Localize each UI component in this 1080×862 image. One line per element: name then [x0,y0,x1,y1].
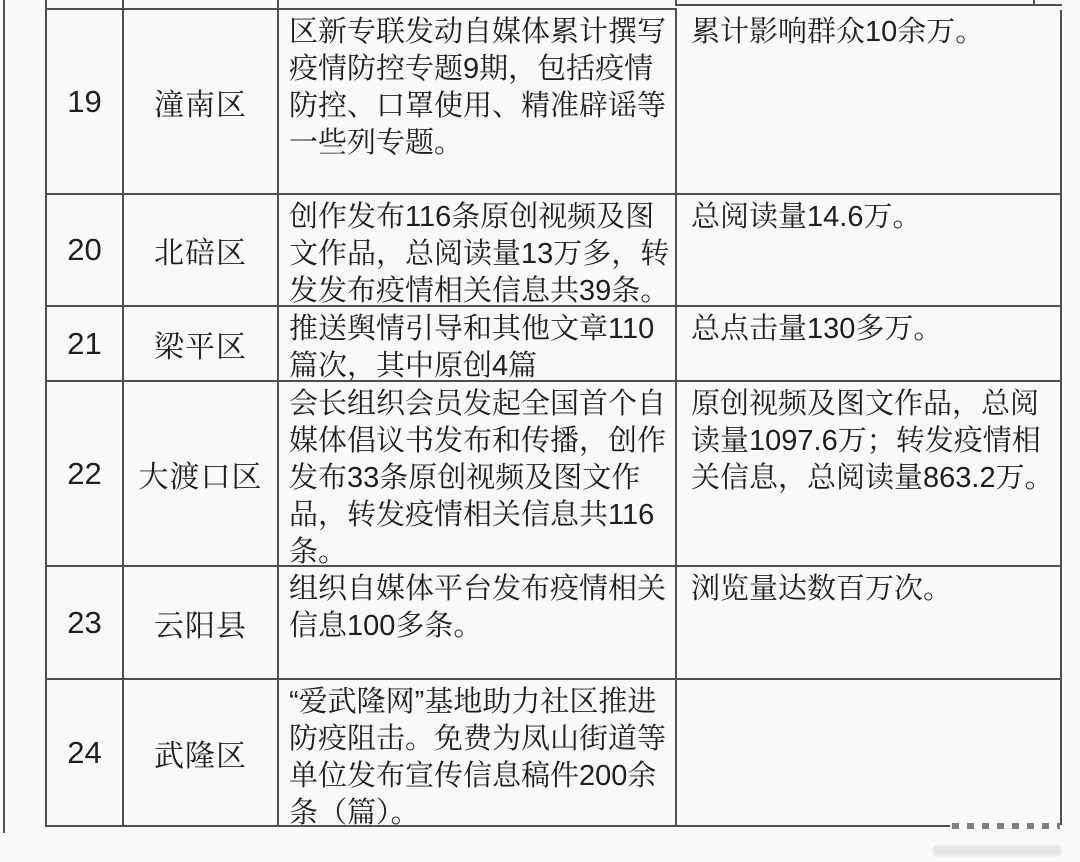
work-description-cell: 会长组织会员发起全国首个自 媒体倡议书发布和传播，创作 发布33条原创视频及图文… [279,382,677,567]
district-cell: 梁平区 [124,307,279,382]
row-number-cell: 24 [47,680,124,827]
work-description-cell: 区新专联发动自媒体累计撰写 疫情防控专题9期，包括疫情 防控、口罩使用、精准辟谣… [279,10,677,195]
result-cell: 总阅读量14.6万。 [677,195,1062,307]
row-number-cell: 23 [47,567,124,680]
row-number-cell: 22 [47,382,124,567]
result-cell: 原创视频及图文作品，总阅 读量1097.6万；转发疫情相 关信息，总阅读量863… [677,382,1062,567]
table-top-border [675,4,1062,6]
dashed-border-artifact [952,823,1060,829]
table-outer-left-border [3,0,5,833]
work-description-cell: “爱武隆网”基地助力社区推进 防疫阻击。免费为凤山街道等 单位发布宣传信息稿件2… [279,680,677,827]
district-cell: 北碚区 [124,195,279,307]
result-cell: 总点击量130多万。 [677,307,1062,382]
work-description-cell: 创作发布116条原创视频及图 文作品，总阅读量13万多，转 发发布疫情相关信息共… [279,195,677,307]
work-description-cell: 推送舆情引导和其他文章110 篇次，其中原创4篇 [279,307,677,382]
work-description-cell: 组织自媒体平台发布疫情相关 信息100多条。 [279,567,677,680]
district-work-table: 19 潼南区 区新专联发动自媒体累计撰写 疫情防控专题9期，包括疫情 防控、口罩… [45,10,1062,827]
result-cell: 浏览量达数百万次。 [677,567,1062,680]
district-cell: 潼南区 [124,10,279,195]
result-cell: 累计影响群众10余万。 [677,10,1062,195]
district-cell: 大渡口区 [124,382,279,567]
district-cell: 云阳县 [124,567,279,680]
row-number-cell: 21 [47,307,124,382]
scanned-document-page: 19 潼南区 区新专联发动自媒体累计撰写 疫情防控专题9期，包括疫情 防控、口罩… [0,0,1080,862]
watermark-smudge [933,845,1061,856]
row-number-cell: 19 [47,10,124,195]
result-cell [677,680,1062,827]
district-cell: 武隆区 [124,680,279,827]
row-number-cell: 20 [47,195,124,307]
